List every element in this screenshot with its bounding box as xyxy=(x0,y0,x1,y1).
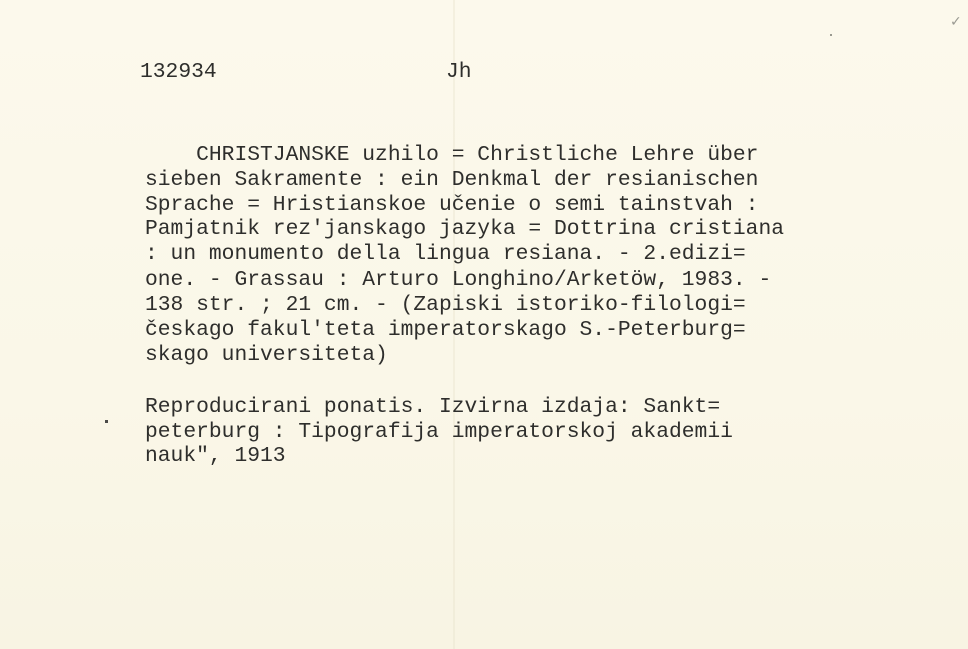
entry-line: Sprache = Hristianskoe učenie o semi tai… xyxy=(145,193,758,218)
entry-line: : un monumento della lingua resiana. - 2… xyxy=(145,242,746,267)
call-number: 132934 xyxy=(140,60,217,85)
shelf-signature: Jh xyxy=(446,60,472,85)
note-line: Reproducirani ponatis. Izvirna izdaja: S… xyxy=(145,395,720,420)
note-line: nauk", 1913 xyxy=(145,444,286,469)
entry-line: 138 str. ; 21 cm. - (Zapiski istoriko-fi… xyxy=(145,293,746,318)
catalog-card: ✓ 132934 Jh CHRISTJANSKE uzhilo = Christ… xyxy=(0,0,968,649)
entry-line: Pamjatnik rez'janskago jazyka = Dottrina… xyxy=(145,217,784,242)
ink-speck xyxy=(105,420,108,423)
ink-speck xyxy=(830,34,832,36)
entry-line: sieben Sakramente : ein Denkmal der resi… xyxy=(145,168,758,193)
check-mark-icon: ✓ xyxy=(950,14,962,30)
entry-line: one. - Grassau : Arturo Longhino/Arketöw… xyxy=(145,268,771,293)
entry-line: českago fakul'teta imperatorskago S.-Pet… xyxy=(145,318,746,343)
entry-line: CHRISTJANSKE uzhilo = Christliche Lehre … xyxy=(145,143,758,168)
note-line: peterburg : Tipografija imperatorskoj ak… xyxy=(145,420,733,445)
entry-line: skago universiteta) xyxy=(145,343,388,368)
